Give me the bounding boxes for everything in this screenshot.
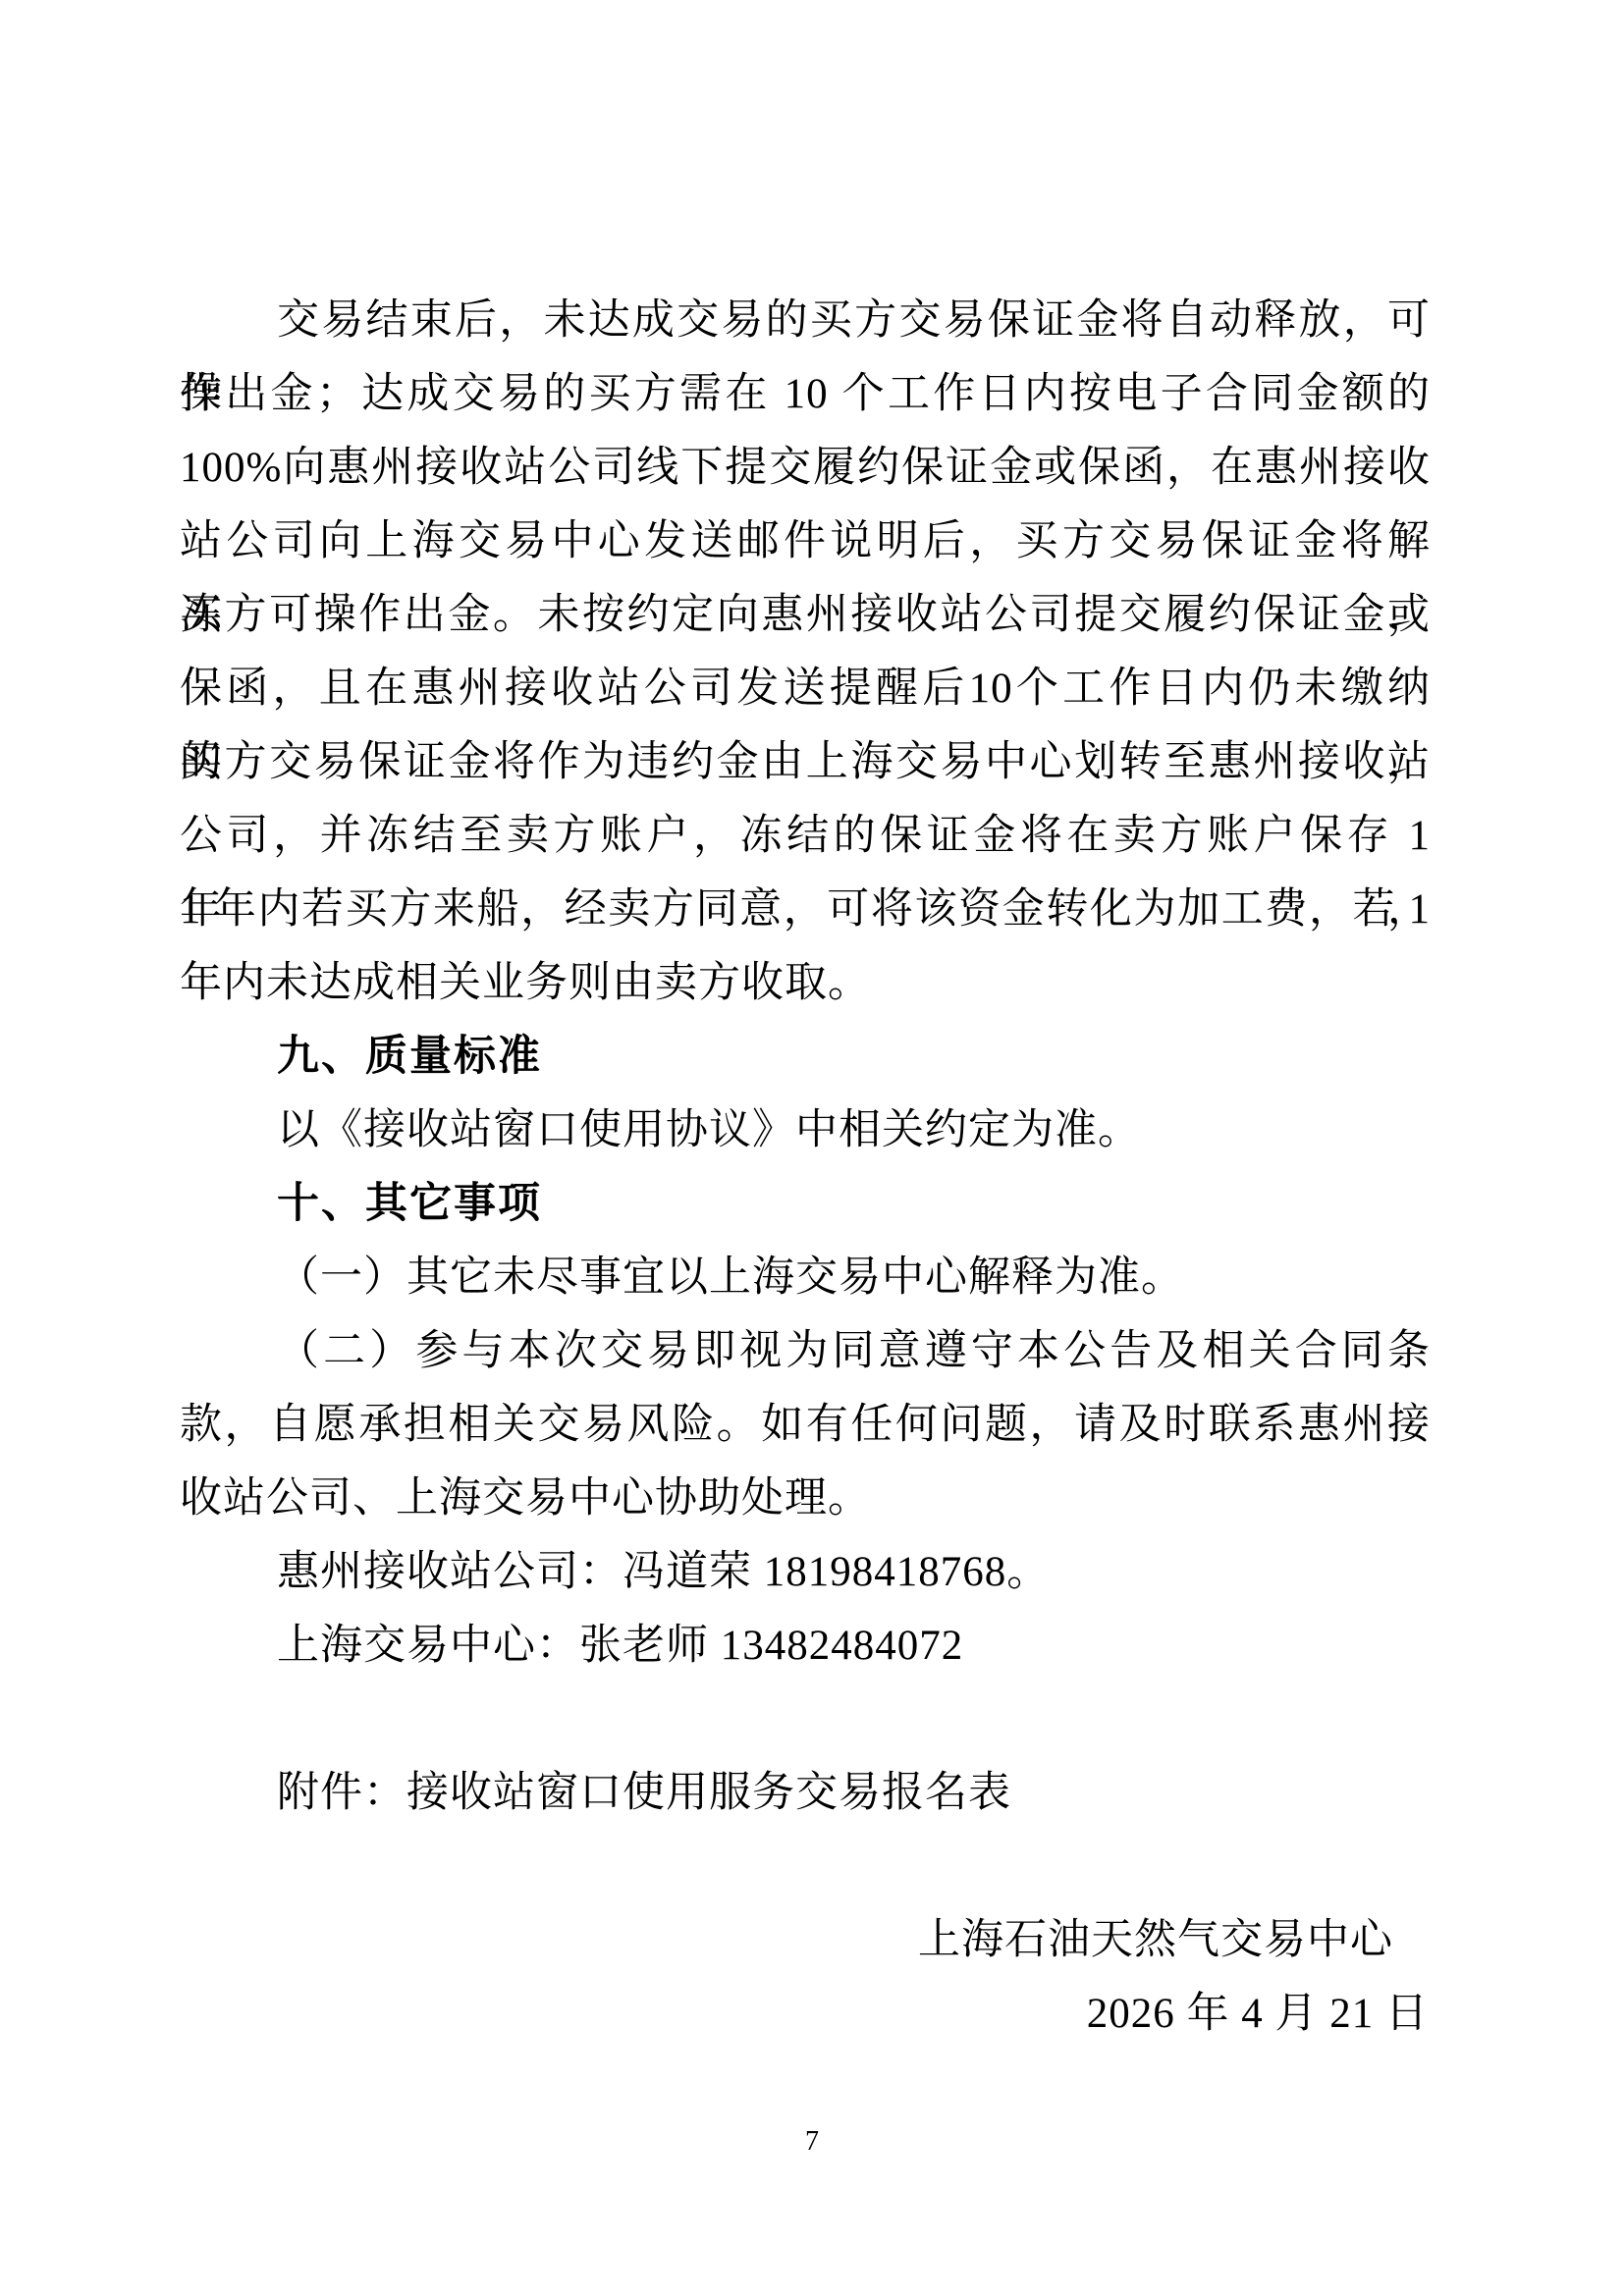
- contact-line-shanghai: 上海交易中心：张老师 13482484072: [180, 1609, 1431, 1682]
- paragraph-line: 款，自愿承担相关交易风险。如有任何问题，请及时联系惠州接: [180, 1388, 1431, 1462]
- paragraph-line: 100%向惠州接收站公司线下提交履约保证金或保函，在惠州接收: [180, 431, 1431, 505]
- paragraph-line: 收站公司、上海交易中心协助处理。: [180, 1462, 1431, 1535]
- document-body: 交易结束后，未达成交易的买方交易保证金将自动释放，可操 作出金；达成交易的买方需…: [180, 284, 1431, 2051]
- paragraph-line: 作出金；达成交易的买方需在 10 个工作日内按电子合同金额的: [180, 357, 1431, 431]
- page-number: 7: [0, 2122, 1624, 2162]
- paragraph-line: 1 年内若买方来船，经卖方同意，可将该资金转化为加工费，若 1: [180, 873, 1431, 946]
- signature-date: 2026 年 4 月 21 日: [180, 1977, 1431, 2051]
- paragraph-line: 年内未达成相关业务则由卖方收取。: [180, 946, 1431, 1020]
- paragraph-line: 公司，并冻结至卖方账户，冻结的保证金将在卖方账户保存 1 年，: [180, 799, 1431, 873]
- section-heading-other-matters: 十、其它事项: [180, 1167, 1431, 1241]
- paragraph-line: （一）其它未尽事宜以上海交易中心解释为准。: [180, 1241, 1431, 1314]
- section-heading-quality-standard: 九、质量标准: [180, 1020, 1431, 1094]
- document-page: 交易结束后，未达成交易的买方交易保证金将自动释放，可操 作出金；达成交易的买方需…: [0, 0, 1624, 2296]
- paragraph-line: 站公司向上海交易中心发送邮件说明后，买方交易保证金将解冻，: [180, 505, 1431, 578]
- blank-line: [180, 1830, 1431, 1903]
- paragraph-line: 保函，且在惠州接收站公司发送提醒后10个工作日内仍未缴纳的，: [180, 652, 1431, 725]
- blank-line: [180, 1682, 1431, 1756]
- paragraph-line: 买方交易保证金将作为违约金由上海交易中心划转至惠州接收站: [180, 725, 1431, 799]
- paragraph-line: 交易结束后，未达成交易的买方交易保证金将自动释放，可操: [180, 284, 1431, 357]
- paragraph-line: （二）参与本次交易即视为同意遵守本公告及相关合同条: [180, 1314, 1431, 1388]
- contact-line-huizhou: 惠州接收站公司：冯道荣 18198418768。: [180, 1535, 1431, 1609]
- paragraph-line: 以《接收站窗口使用协议》中相关约定为准。: [180, 1094, 1431, 1167]
- paragraph-line: 买方可操作出金。未按约定向惠州接收站公司提交履约保证金或: [180, 578, 1431, 652]
- attachment-line: 附件：接收站窗口使用服务交易报名表: [180, 1756, 1431, 1830]
- signature-org: 上海石油天然气交易中心: [180, 1903, 1431, 1977]
